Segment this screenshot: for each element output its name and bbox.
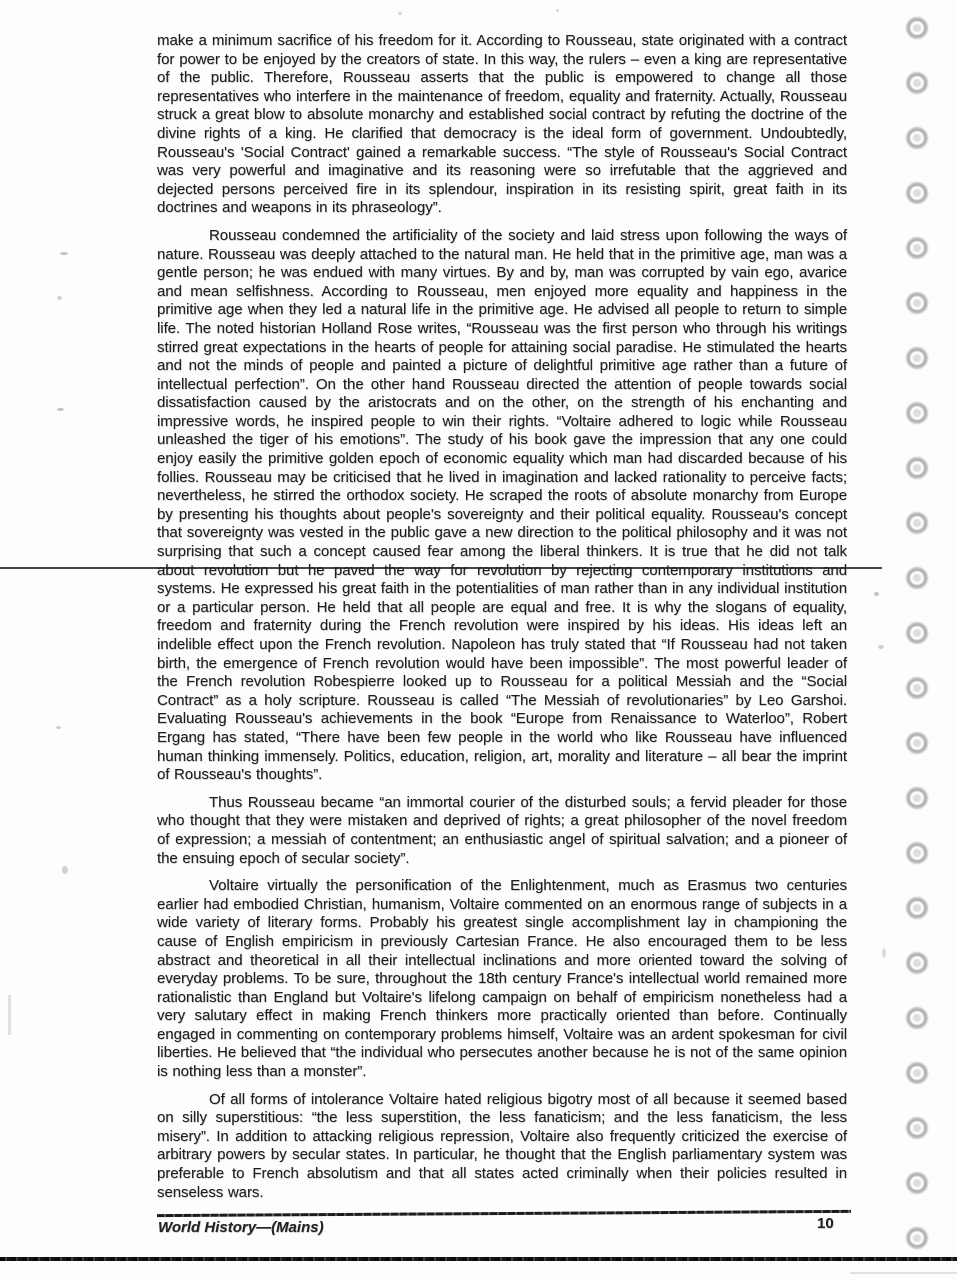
paragraph-voltaire-enlightenment: Voltaire virtually the personification o… [157, 877, 847, 1082]
scan-speckle [874, 592, 879, 596]
spiral-binding-holes [894, 0, 940, 1280]
scanned-book-page: make a minimum sacrifice of his freedom … [0, 0, 957, 1280]
footer-book-title: World History—(Mains) [158, 1219, 324, 1236]
page-bottom-rule [0, 1257, 957, 1261]
scan-speckle [398, 12, 402, 15]
scan-speckle [850, 1272, 957, 1274]
paragraph-rousseau-nature: Rousseau condemned the artificiality of … [157, 227, 847, 785]
scan-speckle [878, 645, 884, 649]
scan-speckle [60, 252, 68, 255]
scan-speckle [57, 408, 64, 411]
paragraph-rousseau-social-contract: make a minimum sacrifice of his freedom … [157, 32, 847, 218]
page-number: 10 [817, 1215, 834, 1232]
scan-speckle [56, 726, 61, 729]
scan-speckle [882, 948, 886, 958]
scan-artifact-line [0, 567, 882, 569]
paragraph-rousseau-immortal-courier: Thus Rousseau became “an immortal courie… [157, 794, 847, 868]
scan-speckle [8, 995, 11, 1035]
scan-speckle [62, 866, 68, 874]
paragraph-voltaire-intolerance: Of all forms of intolerance Voltaire hat… [157, 1091, 847, 1203]
scan-speckle [556, 9, 559, 12]
body-text: make a minimum sacrifice of his freedom … [157, 32, 847, 1211]
scan-speckle [57, 296, 62, 300]
